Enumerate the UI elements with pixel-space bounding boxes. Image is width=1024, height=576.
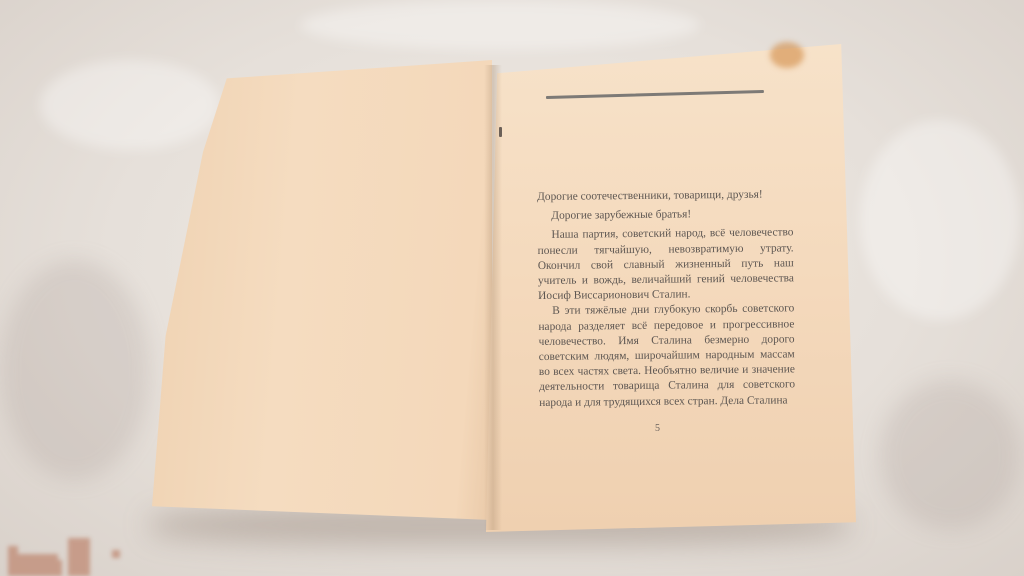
paragraph-1: Наша партия, советский народ, всё челове… (537, 226, 794, 305)
salutation-2: Дорогие зарубежные братья! (537, 207, 793, 225)
cloth-shadow (880, 380, 1020, 530)
page-text: Дорогие соотечественники, товарищи, друз… (537, 187, 795, 411)
cloth-fold (40, 60, 220, 150)
cloth-fold (860, 120, 1020, 320)
page-number: 5 (655, 423, 660, 434)
pixelated-watermark (0, 530, 140, 576)
paper-stain (770, 42, 804, 68)
paragraph-2: В эти тяжёлые дни глубокую скорбь советс… (538, 302, 795, 411)
cloth-fold (300, 0, 700, 50)
staple-icon (499, 127, 502, 137)
cloth-shadow (0, 260, 150, 480)
salutation-1: Дорогие соотечественники, товарищи, друз… (537, 187, 793, 205)
